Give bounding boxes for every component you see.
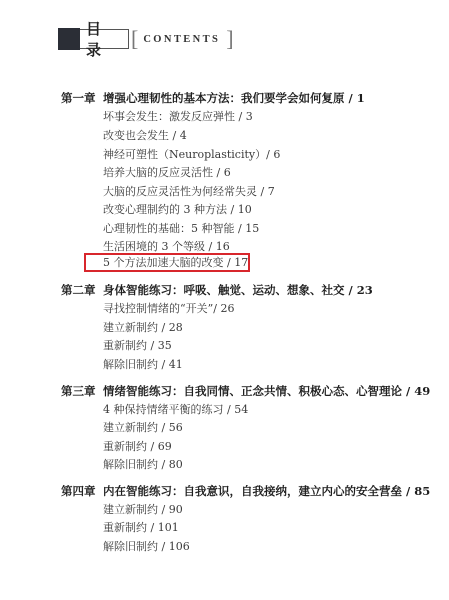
section-title: 改变心理制约的 3 种方法 / 10 bbox=[103, 201, 252, 219]
header-dark-block bbox=[58, 28, 80, 50]
section-title: 改变也会发生 / 4 bbox=[103, 127, 187, 145]
section-title: 重新制约 / 69 bbox=[103, 438, 172, 456]
section-title: 建立新制约 / 28 bbox=[103, 319, 183, 337]
section-title: 寻找控制情绪的“开关”/ 26 bbox=[103, 300, 234, 318]
chapter-label: 第三章 bbox=[61, 382, 96, 400]
section-title: 建立新制约 / 90 bbox=[103, 501, 183, 519]
chapter-title: 身体智能练习：呼吸、触觉、运动、想象、社交 / 23 bbox=[103, 281, 373, 299]
section-title: 重新制约 / 35 bbox=[103, 337, 172, 355]
chapter-label: 第四章 bbox=[61, 482, 96, 500]
bracket-right: ] bbox=[226, 28, 233, 50]
chapter-title: 内在智能练习：自我意识，自我接纳，建立内心的安全营垒 / 85 bbox=[103, 482, 430, 500]
chapter-title: 增强心理韧性的基本方法：我们要学会如何复原 / 1 bbox=[103, 89, 365, 107]
section-title: 解除旧制约 / 80 bbox=[103, 456, 183, 474]
section-title: 解除旧制约 / 106 bbox=[103, 538, 190, 556]
section-title: 解除旧制约 / 41 bbox=[103, 356, 183, 374]
chapter-label: 第一章 bbox=[61, 89, 96, 107]
section-title: 坏事会发生：激发反应弹性 / 3 bbox=[103, 108, 253, 126]
bracket-left: [ bbox=[131, 28, 138, 50]
section-title: 4 种保持情绪平衡的练习 / 54 bbox=[103, 401, 248, 419]
header-title-cn: 目 录 bbox=[80, 29, 129, 49]
section-title: 建立新制约 / 56 bbox=[103, 419, 183, 437]
section-title: 心理韧性的基础：5 种智能 / 15 bbox=[103, 220, 259, 238]
header-title-en: CONTENTS bbox=[143, 34, 220, 45]
section-title: 神经可塑性（Neuroplasticity）/ 6 bbox=[103, 146, 280, 164]
highlight-box bbox=[84, 253, 250, 272]
section-title: 重新制约 / 101 bbox=[103, 519, 179, 537]
chapter-label: 第二章 bbox=[61, 281, 96, 299]
section-title: 培养大脑的反应灵活性 / 6 bbox=[103, 164, 231, 182]
section-title: 大脑的反应灵活性为何经常失灵 / 7 bbox=[103, 183, 275, 201]
chapter-title: 情绪智能练习：自我同情、正念共情、积极心态、心智理论 / 49 bbox=[103, 382, 430, 400]
contents-header: 目 录 [ CONTENTS ] bbox=[58, 28, 234, 50]
